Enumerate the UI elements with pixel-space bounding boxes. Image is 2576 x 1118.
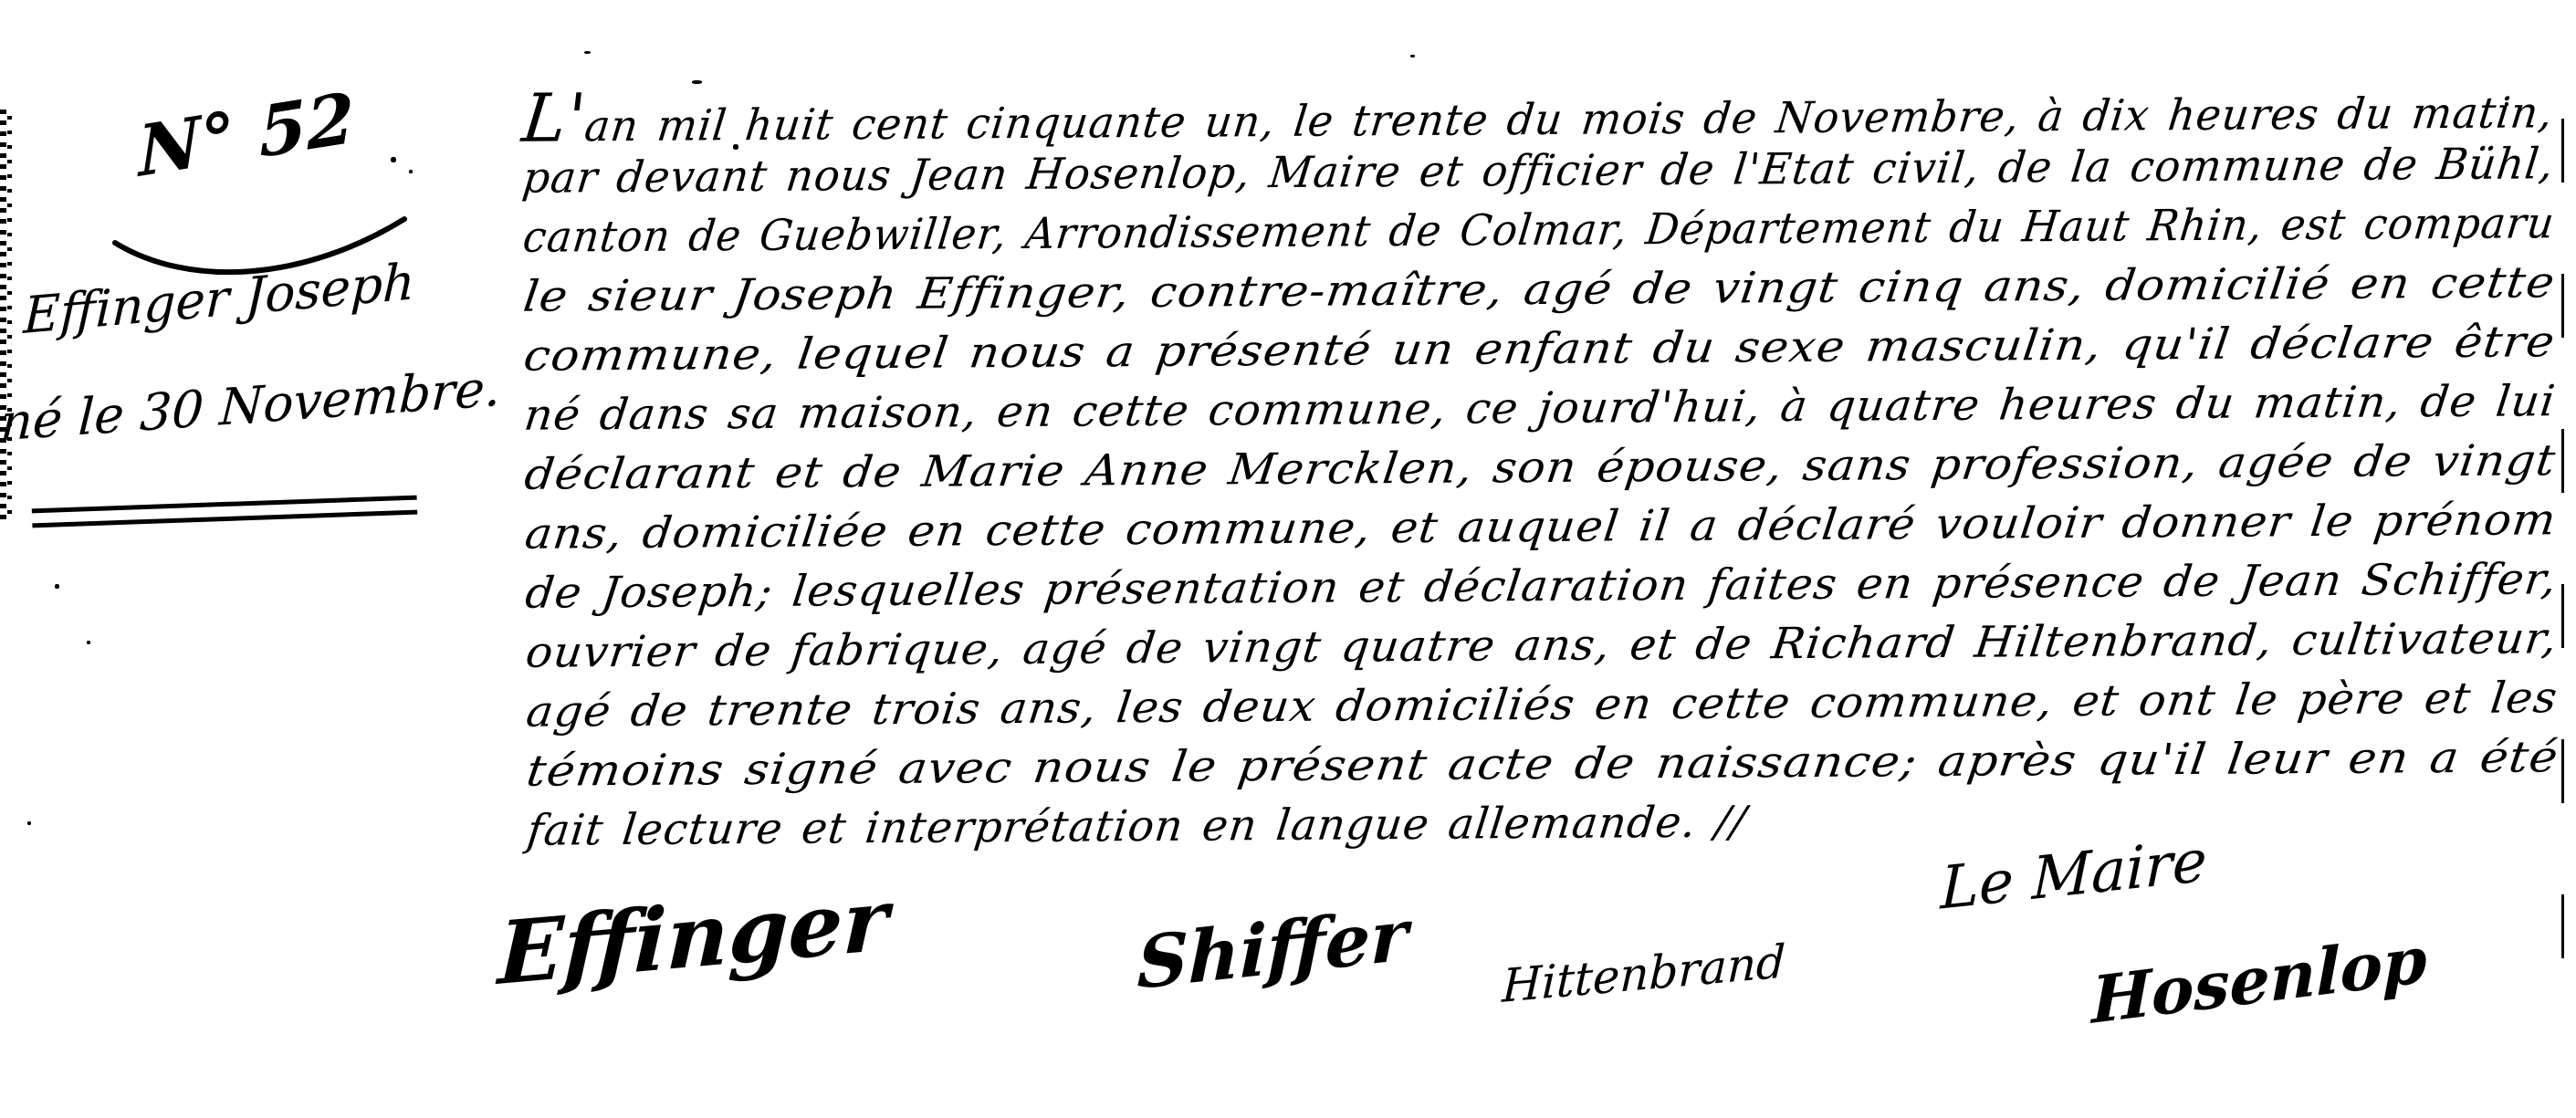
scan-speck <box>584 51 591 54</box>
scan-speck <box>27 821 31 825</box>
underline-bar <box>32 496 417 514</box>
act-number: N° 52 <box>132 78 361 192</box>
scan-speck <box>409 170 413 173</box>
signature-shiffer: Shiffer <box>1133 894 1412 1006</box>
signature-effinger: Effinger <box>494 871 892 1005</box>
scan-speck <box>692 80 702 84</box>
underline-bar <box>32 510 417 528</box>
act-body-text: L'an mil huit cent cinquante un, le tren… <box>522 75 2559 861</box>
margin-birth-note: né le 30 Novembre. <box>0 359 503 452</box>
scan-speck <box>55 584 59 589</box>
scan-speck <box>1410 55 1415 57</box>
scan-artifact-left-edge <box>0 110 13 520</box>
signature-hosenlop: Hosenlop <box>2087 922 2431 1038</box>
scan-speck <box>87 641 90 644</box>
act-number-text: N° 52 <box>137 77 356 193</box>
margin-double-underline <box>32 496 417 528</box>
scan-speck <box>391 157 396 162</box>
scanned-birth-record-page: N° 52 Effinger Joseph né le 30 Novembre.… <box>0 0 2576 1118</box>
signature-hittenbrand: Hittenbrand <box>1500 935 1787 1013</box>
